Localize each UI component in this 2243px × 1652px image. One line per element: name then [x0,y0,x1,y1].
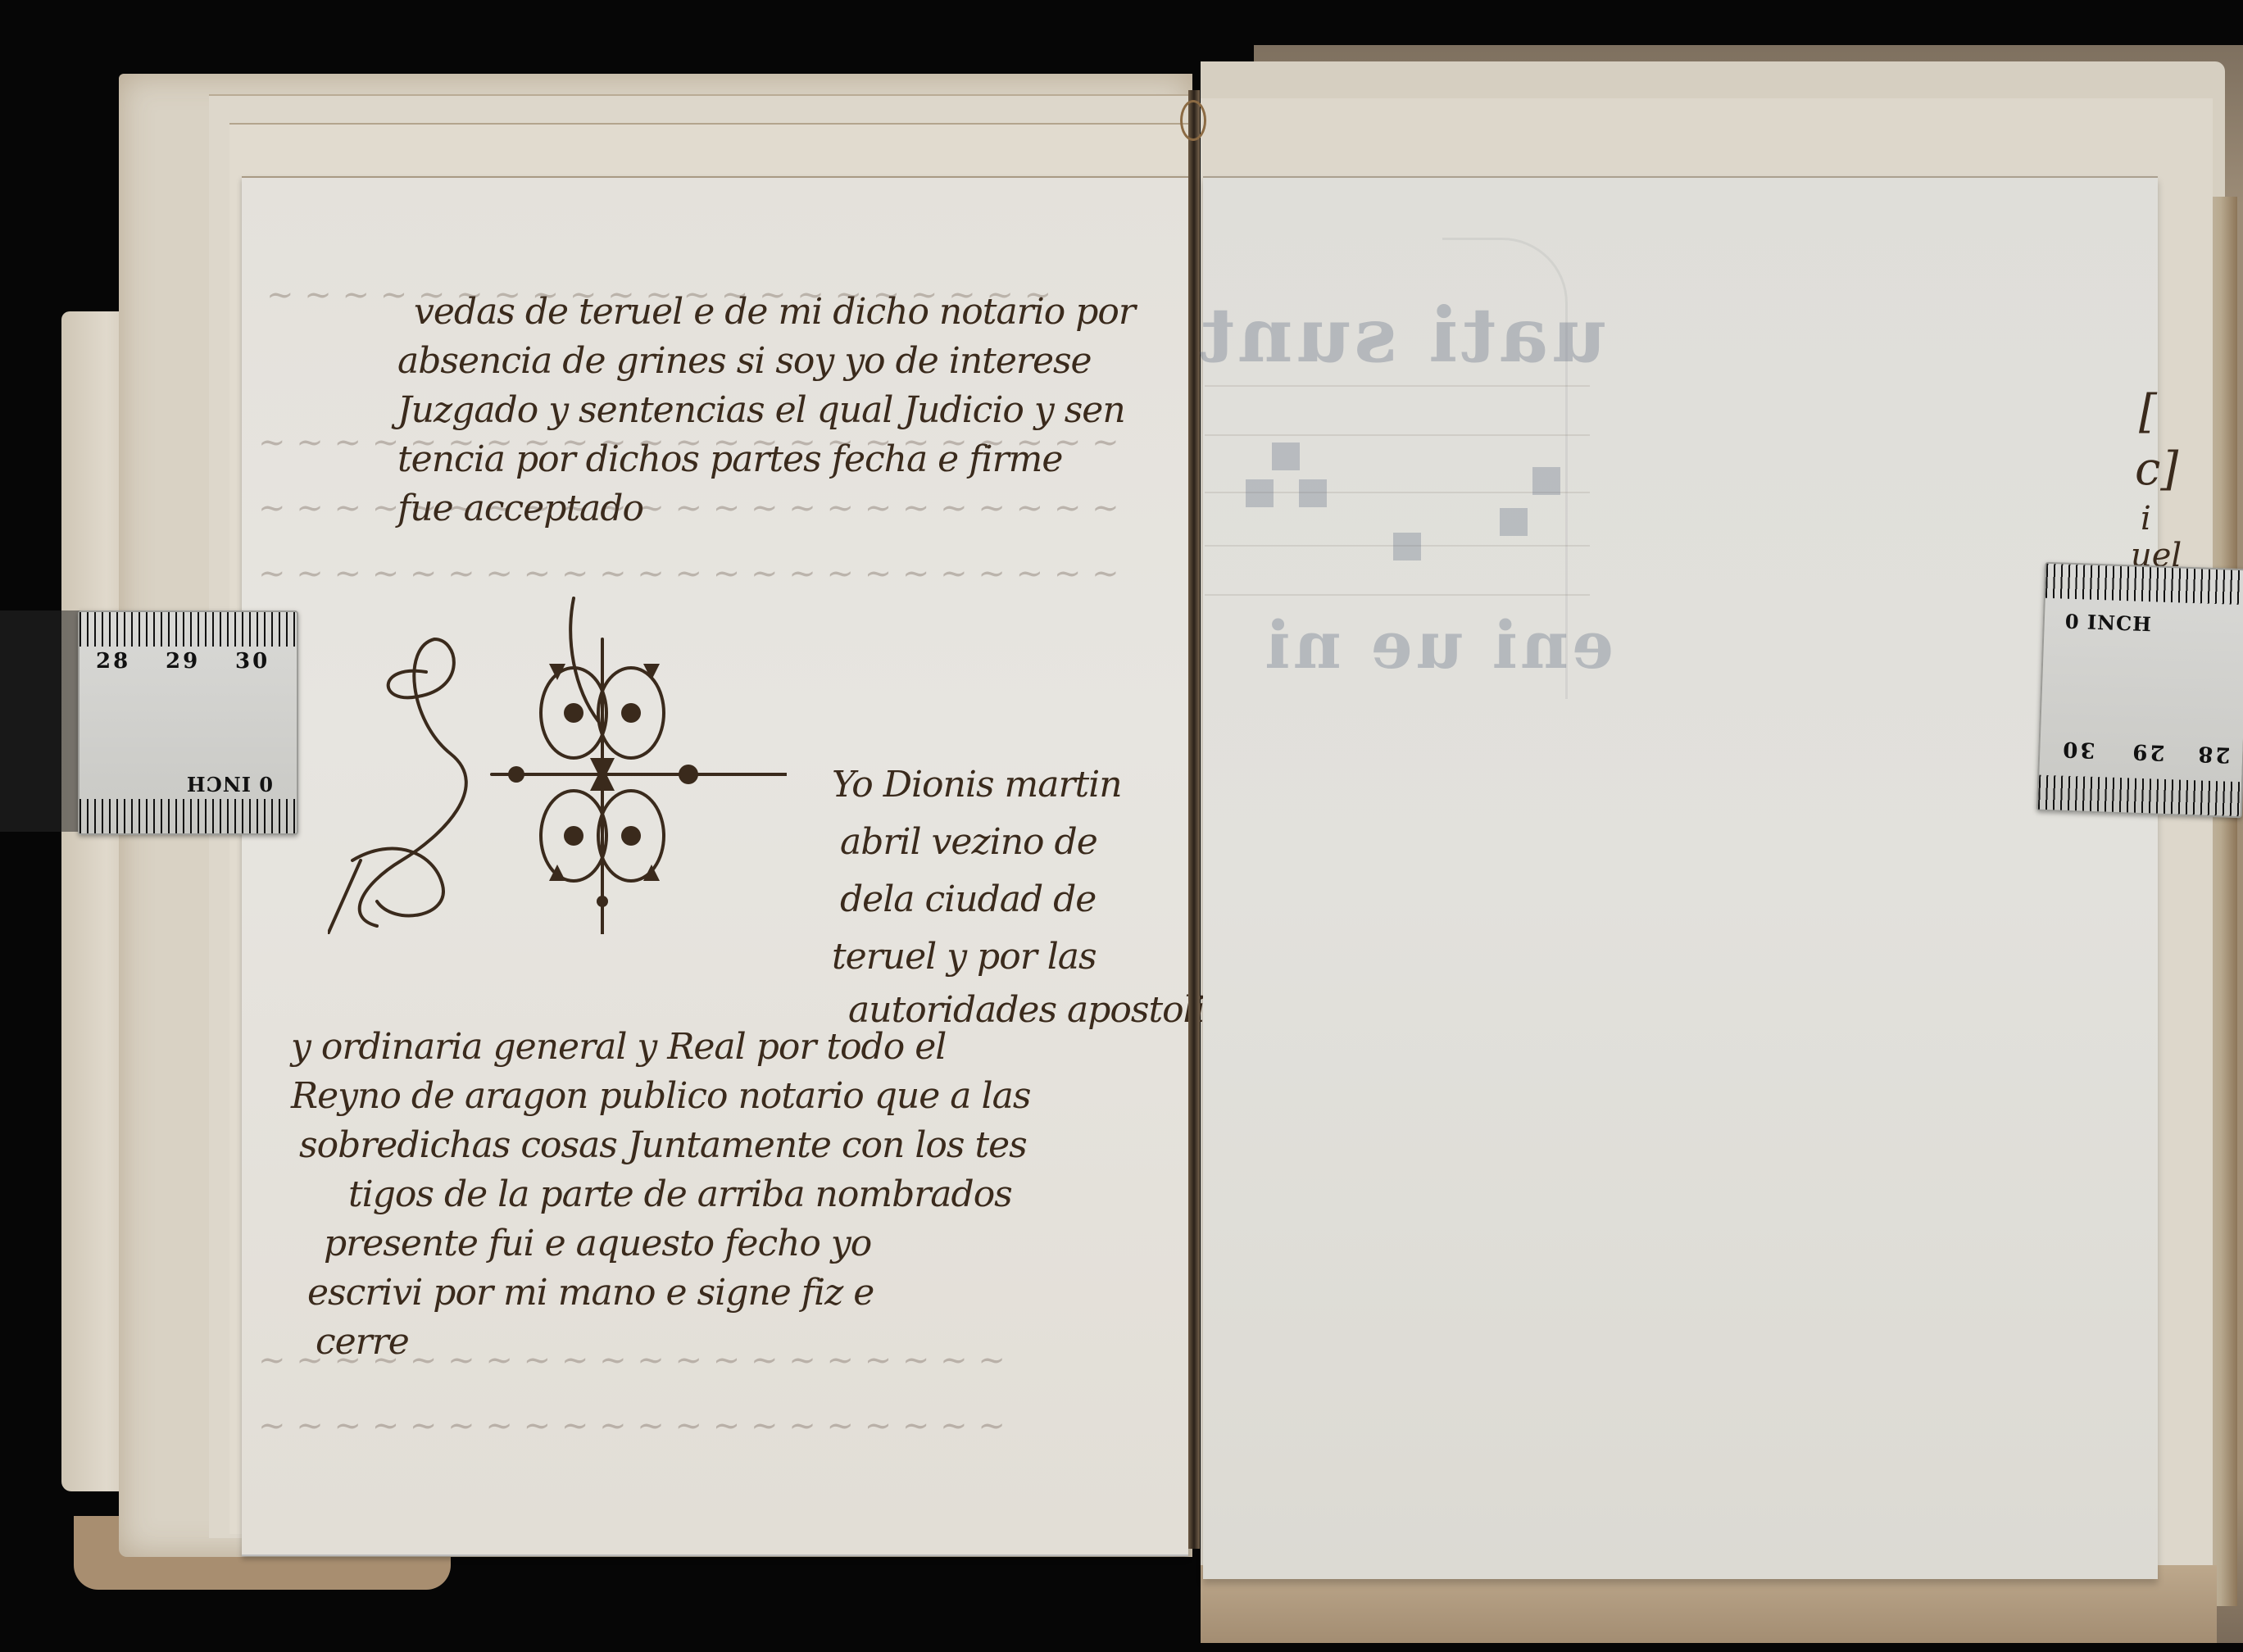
manuscript-line: vedas de teruel e de mi dicho notario po… [414,291,1135,333]
manuscript-line: Reyno de aragon publico notario que a la… [291,1075,1030,1117]
ruler-ticks [79,612,297,647]
manuscript-line: teruel y por las [832,936,1097,978]
manuscript-line: y ordinaria general y Real por todo el [291,1026,946,1068]
music-note-icon [1393,533,1421,560]
music-note-icon [1246,479,1274,507]
manuscript-line: fue acceptado [397,488,643,529]
margin-fragment: c] [2135,442,2178,496]
music-note-icon [1299,479,1327,507]
show-through-text: ~ ~ ~ ~ ~ ~ ~ ~ ~ ~ ~ ~ ~ ~ ~ ~ ~ ~ ~ ~ [258,1407,1006,1445]
measuring-ruler-right: 0 INCH 30 29 28 [2036,562,2243,819]
manuscript-line: autoridades apostolica [848,989,1245,1031]
notary-sign-icon: notarial sign (signum) [328,590,787,934]
ruler-number: 30 [2060,737,2095,762]
ruler-ticks [79,799,297,833]
ruler-unit-label: 0 INCH [2064,610,2152,637]
margin-fragment: i [2141,500,2151,538]
manuscript-line: absencia de grines si soy yo de interese [397,340,1092,382]
measuring-ruler-left: 28 29 30 0 INCH [78,610,298,835]
ruler-ticks [2045,564,2243,606]
staff-line [1205,385,1590,387]
show-through-text: ~ ~ ~ ~ ~ ~ ~ ~ ~ ~ ~ ~ ~ ~ ~ ~ ~ ~ ~ ~ … [258,489,1119,527]
music-note-icon [1272,442,1300,470]
manuscript-line: Yo Dionis martin [832,764,1122,806]
music-note-icon [1500,508,1528,536]
ruler-number: 28 [96,649,130,674]
staff-line [1205,434,1590,436]
manuscript-line: dela ciudad de [840,878,1096,920]
ruler-number: 29 [2130,738,2165,764]
manuscript-line: tigos de la parte de arriba nombrados [348,1173,1012,1215]
music-note-icon [1532,467,1560,495]
manuscript-line: abril vezino de [840,821,1097,863]
manuscript-line: sobredichas cosas Juntamente con los tes [299,1124,1027,1166]
manuscript-line: cerre [316,1321,409,1363]
ruler-number: 30 [235,649,270,674]
manuscript-line: escrivi por mi mano e signe fiz e [307,1272,874,1314]
margin-fragment: [ [2139,385,2157,438]
show-through-text: ~ ~ ~ ~ ~ ~ ~ ~ ~ ~ ~ ~ ~ ~ ~ ~ ~ ~ ~ ~ … [258,555,1119,592]
manuscript-line: Juzgado y sentencias el qual Judicio y s… [397,389,1125,431]
binding-thread-icon [1180,100,1206,141]
ruler-unit-label: 0 INCH [186,772,273,796]
ruler-number: 28 [2195,741,2231,766]
ruler-number: 29 [166,649,200,674]
bleed-through-title: uati sunt [1196,291,1606,379]
manuscript-line: presente fui e aquesto fecho yo [324,1223,871,1264]
ruler-ticks [2038,775,2241,817]
staff-line [1205,594,1590,596]
manuscript-line: tencia por dichos partes fecha e firme [397,438,1062,480]
bleed-through-lyrics: eni ue ni [1262,606,1614,683]
ruler-shadow [0,610,82,832]
